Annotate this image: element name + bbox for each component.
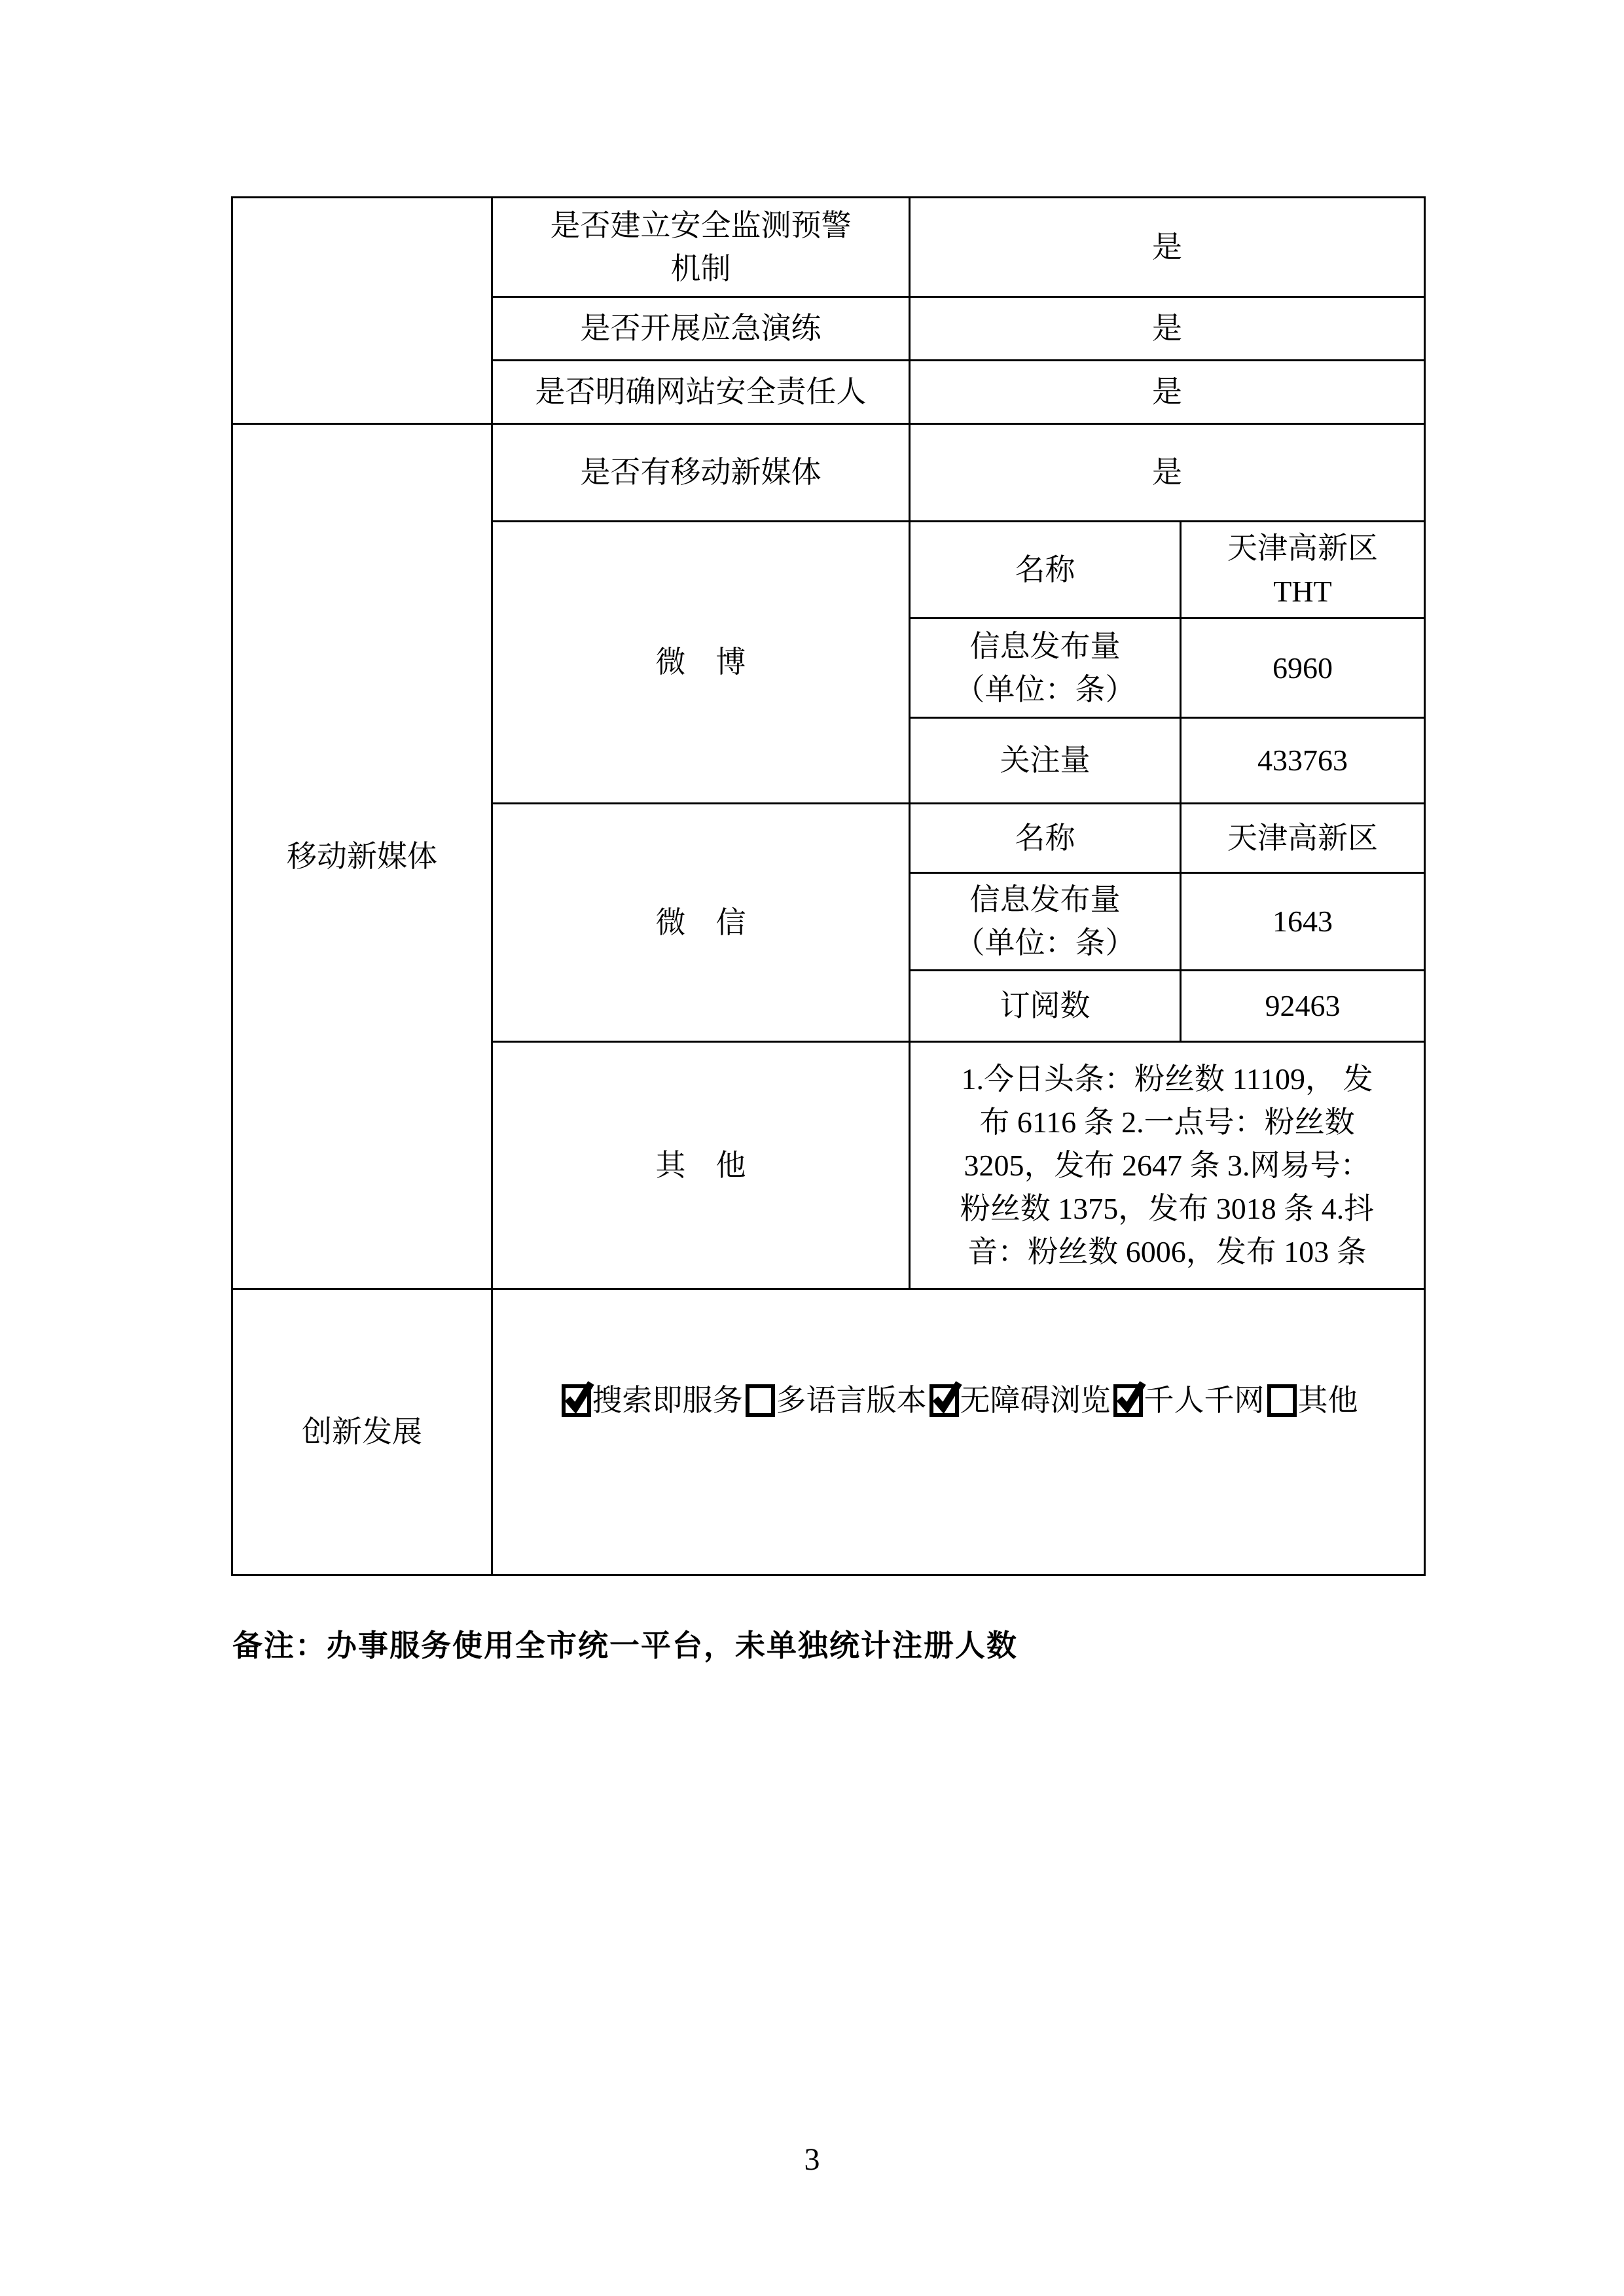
innovation-option-label: 多语言版本 [776,1384,927,1417]
innovation-option: 千人千网 [1111,1381,1265,1420]
table-row: 移动新媒体 是否有移动新媒体 是 [232,424,1425,522]
wechat-platform-label: 微 信 [492,804,910,1042]
innovation-option: 多语言版本 [743,1381,927,1420]
checkbox-personalization[interactable] [1113,1384,1143,1417]
check-icon [1115,1378,1145,1412]
innovation-option-label: 其他 [1298,1384,1358,1417]
checkbox-accessibility[interactable] [929,1384,959,1417]
checkbox-other[interactable] [1267,1384,1297,1417]
weibo-name-value: 天津高新区 THT [1181,522,1425,619]
security-answer-drill: 是 [910,297,1425,361]
weibo-follow-label: 关注量 [910,718,1181,804]
wechat-subscribe-label: 订阅数 [910,971,1181,1042]
wechat-subscribe-value: 92463 [1181,971,1425,1042]
security-question-drill: 是否开展应急演练 [492,297,910,361]
checkbox-search-as-service[interactable] [562,1384,591,1417]
innovation-option-label: 千人千网 [1144,1384,1265,1417]
wechat-publish-label: 信息发布量 （单位：条） [910,873,1181,971]
wechat-name-label: 名称 [910,804,1181,873]
weibo-platform-label: 微 博 [492,522,910,804]
innovation-category: 创新发展 [232,1289,492,1575]
mobile-media-category: 移动新媒体 [232,424,492,1289]
table-row: 创新发展 搜索即服务多语言版本无障碍浏览千人千网其他 [232,1289,1425,1575]
security-answer-monitoring: 是 [910,198,1425,297]
security-question-monitoring: 是否建立安全监测预警 机制 [492,198,910,297]
security-category-cell [232,198,492,424]
other-platform-label: 其 他 [492,1042,910,1289]
innovation-options-cell: 搜索即服务多语言版本无障碍浏览千人千网其他 [492,1289,1425,1575]
wechat-name-value: 天津高新区 [1181,804,1425,873]
has-mobile-question: 是否有移动新媒体 [492,424,910,522]
weibo-follow-value: 433763 [1181,718,1425,804]
innovation-option: 其他 [1265,1381,1358,1420]
checkbox-multilingual[interactable] [746,1384,775,1417]
check-icon [563,1378,593,1412]
innovation-option-label: 无障碍浏览 [960,1384,1111,1417]
check-icon [931,1378,961,1412]
remark-note: 备注：办事服务使用全市统一平台，未单独统计注册人数 [232,1622,1018,1665]
page-number: 3 [0,2142,1624,2178]
innovation-option-label: 搜索即服务 [592,1384,743,1417]
other-platform-content: 1.今日头条：粉丝数 11109， 发 布 6116 条 2.一点号：粉丝数 3… [910,1042,1425,1289]
weibo-publish-value: 6960 [1181,619,1425,718]
wechat-publish-value: 1643 [1181,873,1425,971]
statistics-table: 是否建立安全监测预警 机制 是 是否开展应急演练 是 是否明确网站安全责任人 是… [231,196,1426,1576]
security-answer-responsible: 是 [910,361,1425,424]
weibo-name-label: 名称 [910,522,1181,619]
innovation-option: 搜索即服务 [559,1381,743,1420]
innovation-option: 无障碍浏览 [927,1381,1111,1420]
weibo-publish-label: 信息发布量 （单位：条） [910,619,1181,718]
has-mobile-answer: 是 [910,424,1425,522]
table-row: 是否建立安全监测预警 机制 是 [232,198,1425,297]
security-question-responsible: 是否明确网站安全责任人 [492,361,910,424]
innovation-options-line: 搜索即服务多语言版本无障碍浏览千人千网其他 [493,1381,1424,1420]
document-page: 是否建立安全监测预警 机制 是 是否开展应急演练 是 是否明确网站安全责任人 是… [0,0,1624,2296]
